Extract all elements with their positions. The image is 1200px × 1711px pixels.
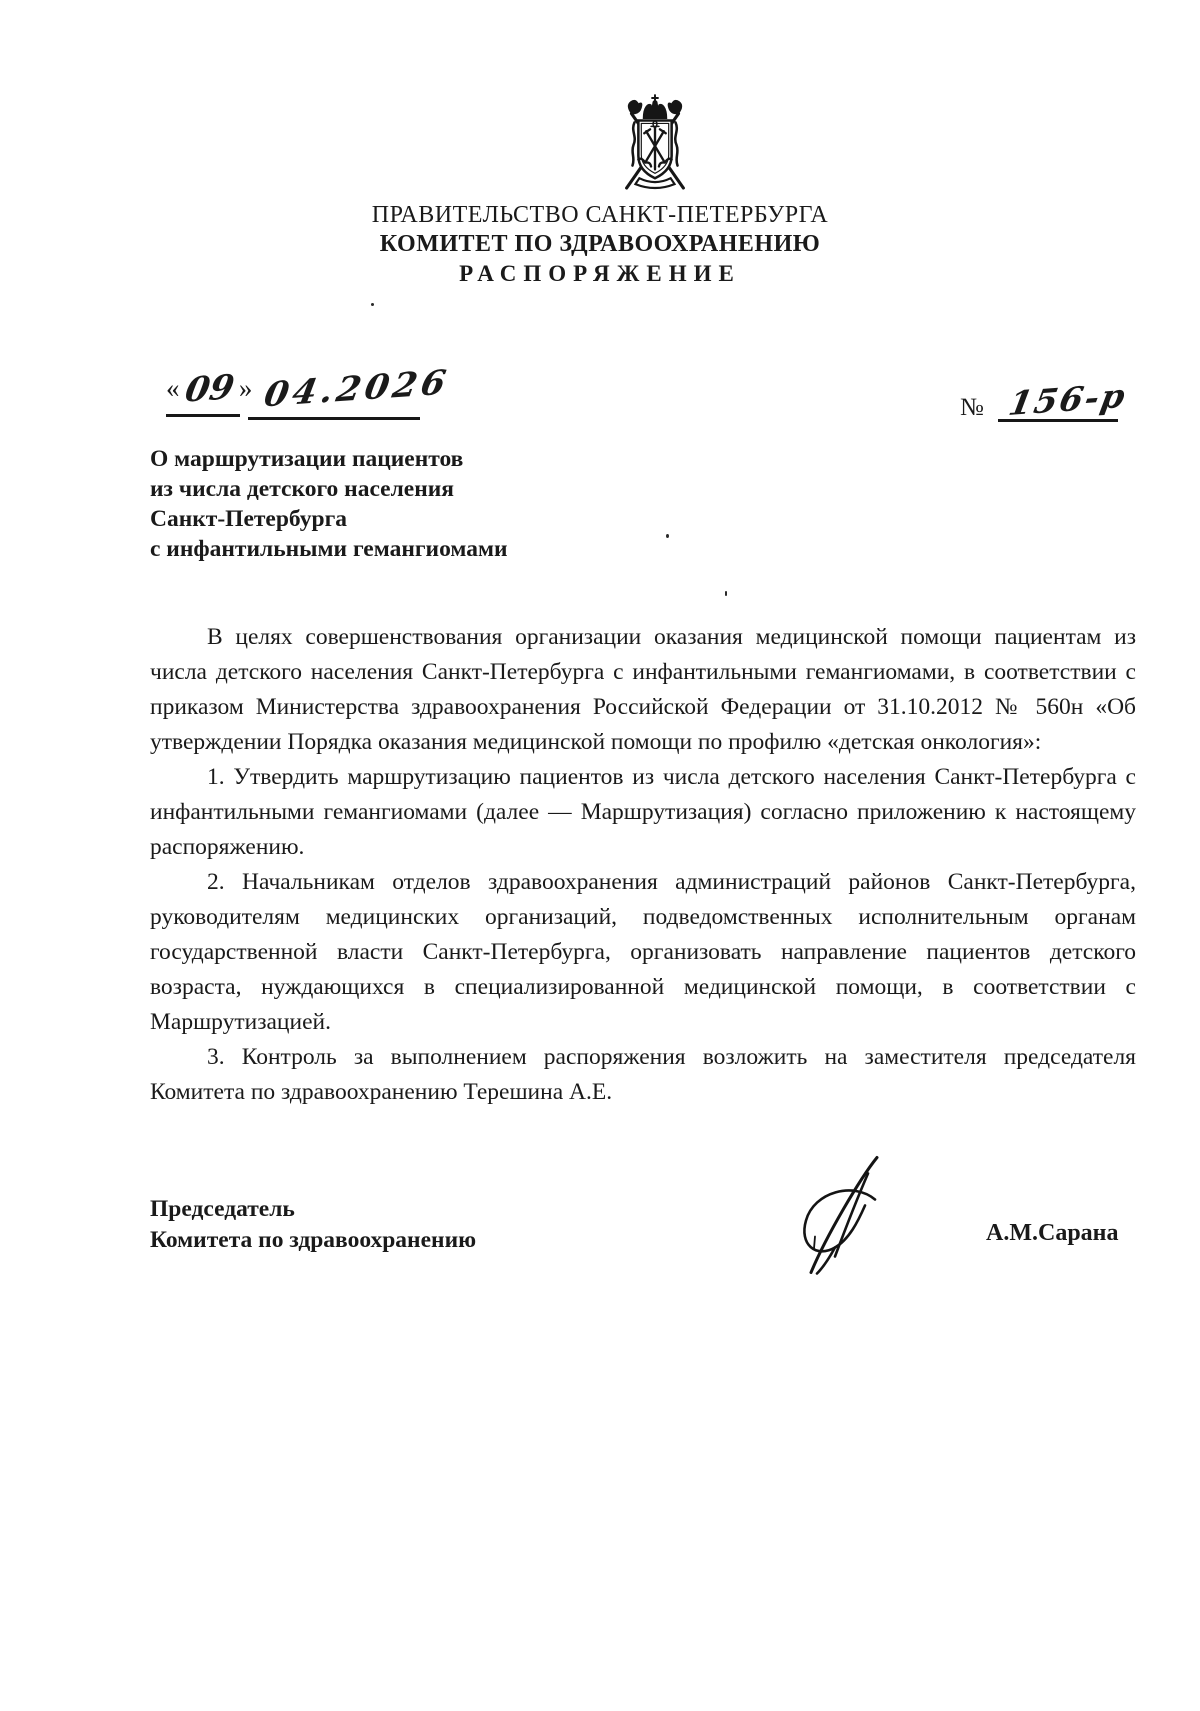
committee-name: КОМИТЕТ ПО ЗДРАВООХРАНЕНИЮ <box>0 231 1200 258</box>
subject-line: из числа детского населения <box>150 474 508 504</box>
government-name: ПРАВИТЕЛЬСТВО САНКТ-ПЕТЕРБУРГА <box>0 202 1200 229</box>
number-underline <box>998 419 1118 422</box>
signer-position: Председатель Комитета по здравоохранению <box>150 1194 476 1256</box>
scan-artifact-dot <box>371 303 374 306</box>
date-underline <box>166 414 240 417</box>
date-open-quote: « <box>166 375 180 406</box>
signer-position-line: Комитета по здравоохранению <box>150 1225 476 1256</box>
signer-name: А.М.Сарана <box>986 1220 1119 1247</box>
item-2-paragraph: 2. Начальникам отделов здравоохранения а… <box>150 865 1136 1040</box>
date-day-handwritten: 09 <box>182 370 236 407</box>
number-label: № <box>960 394 984 422</box>
scan-artifact-dot <box>666 534 669 538</box>
date-close-quote: » <box>239 375 253 406</box>
subject-block: О маршрутизации пациентов из числа детск… <box>150 444 508 564</box>
subject-line: с инфантильными гемангиомами <box>150 534 508 564</box>
date-monthyear-handwritten: 04.2026 <box>262 366 453 413</box>
preamble-paragraph: В целях совершенствования организации ок… <box>150 620 1136 760</box>
subject-line: Санкт-Петербурга <box>150 504 508 534</box>
document-type-title: РАСПОРЯЖЕНИЕ <box>0 261 1200 287</box>
subject-line: О маршрутизации пациентов <box>150 444 508 474</box>
coat-of-arms-icon <box>610 92 700 194</box>
handwritten-signature-icon <box>778 1148 918 1283</box>
number-value-handwritten: 156-р <box>1006 376 1130 423</box>
item-1-paragraph: 1. Утвердить маршрутизацию пациентов из … <box>150 760 1136 865</box>
scan-artifact-dot <box>725 591 727 596</box>
date-field: « 09 » 04.2026 <box>166 372 448 406</box>
signer-position-line: Председатель <box>150 1194 476 1225</box>
body-text: В целях совершенствования организации ок… <box>150 620 1136 1110</box>
date-underline <box>248 417 420 420</box>
document-page: ПРАВИТЕЛЬСТВО САНКТ-ПЕТЕРБУРГА КОМИТЕТ П… <box>0 0 1200 1711</box>
item-3-paragraph: 3. Контроль за выполнением распоряжения … <box>150 1040 1136 1110</box>
